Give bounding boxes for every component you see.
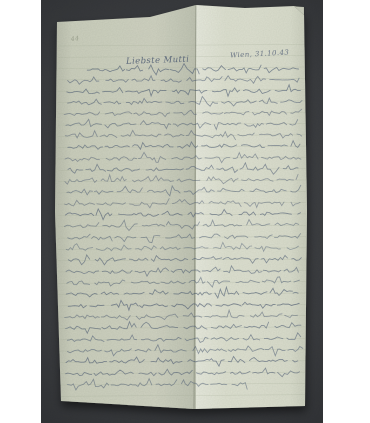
photo-grain-overlay bbox=[41, 0, 323, 423]
letter-photograph: 44 Liebste Mutti Wien, 31.10.43 bbox=[0, 0, 370, 423]
